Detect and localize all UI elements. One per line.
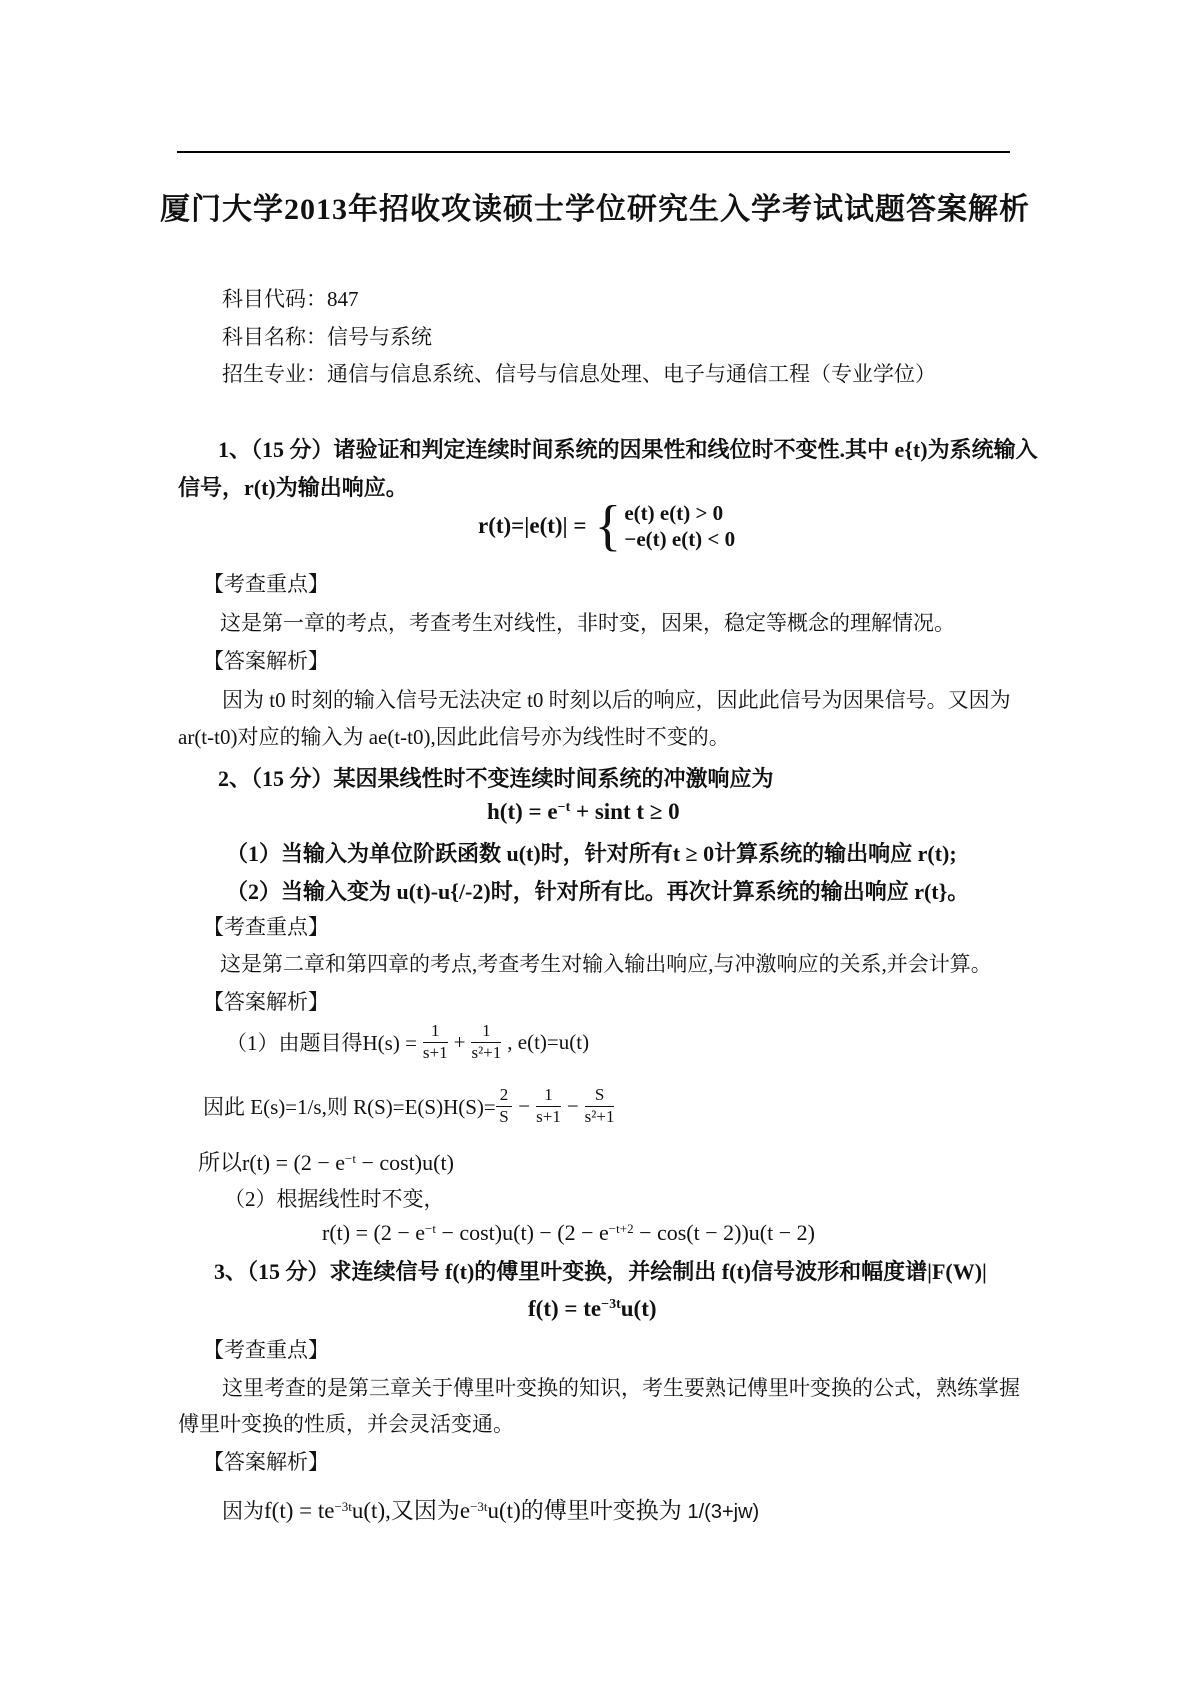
q3-answer-header: 【答案解析】 bbox=[203, 1446, 329, 1476]
minus-operator: − bbox=[518, 1094, 530, 1119]
fraction: 2S bbox=[496, 1086, 513, 1126]
q1-focus-text: 这是第一章的考点，考查考生对线性，非时变，因果，稳定等概念的理解情况。 bbox=[220, 607, 955, 637]
q2-answer-line4: （2）根据线性时不变， bbox=[224, 1183, 445, 1213]
plus-operator: + bbox=[454, 1030, 466, 1055]
q2-item1: （1）当输入为单位阶跃函数 u(t)时，针对所有t ≥ 0计算系统的输出响应 r… bbox=[226, 837, 957, 868]
q2-formula-rest: + sint t ≥ 0 bbox=[570, 799, 679, 824]
q3-answer-line: 因为f(t) = te−3tu(t),又因为e−3tu(t)的傅里叶变换为 1/… bbox=[222, 1492, 759, 1525]
document-page: 厦门大学2013年招收攻读硕士学位研究生入学考试试题答案解析 科目代码：847 … bbox=[0, 0, 1190, 1683]
fourier-result: 1/(3+jw) bbox=[687, 1501, 759, 1523]
q1-answer-header: 【答案解析】 bbox=[203, 645, 329, 675]
minus-operator: − bbox=[567, 1094, 579, 1119]
title-rule bbox=[177, 151, 1010, 153]
fraction: Ss²+1 bbox=[585, 1086, 615, 1126]
exponent: −3t bbox=[334, 1499, 351, 1514]
fraction: 1s+1 bbox=[423, 1022, 448, 1062]
fraction: 1s²+1 bbox=[471, 1022, 501, 1062]
majors: 招生专业：通信与信息系统、信号与信息处理、电子与通信工程（专业学位） bbox=[222, 358, 936, 388]
q1-answer-line1: 因为 t0 时刻的输入信号无法决定 t0 时刻以后的响应，因此此信号为因果信号。… bbox=[222, 684, 1011, 714]
q2-impulse-formula: h(t) = e−t + sint t ≥ 0 bbox=[487, 799, 680, 825]
q3-formula-base: f(t) = te bbox=[528, 1296, 601, 1321]
q2-ans2-prefix: 因此 E(s)=1/s,则 R(S)=E(S)H(S)= bbox=[203, 1091, 496, 1121]
q1-formula-case1: e(t) e(t) > 0 bbox=[624, 500, 735, 526]
exponent: −3t bbox=[470, 1499, 487, 1514]
math-expression: f(t) = te−3tu(t),又因为e−3tu(t)的傅里叶变换为 bbox=[264, 1498, 687, 1523]
q2-answer-line1: （1）由题目得H(s) = 1s+1 + 1s²+1 , e(t)=u(t) bbox=[226, 1022, 589, 1062]
q2-ans1-suffix: , e(t)=u(t) bbox=[507, 1030, 589, 1055]
q3-signal-formula: f(t) = te−3tu(t) bbox=[528, 1296, 657, 1322]
page-title: 厦门大学2013年招收攻读硕士学位研究生入学考试试题答案解析 bbox=[0, 184, 1190, 228]
q2-focus-text: 这是第二章和第四章的考点,考查考生对输入输出响应,与冲激响应的关系,并会计算。 bbox=[220, 948, 992, 978]
q3-heading: 3、（15 分）求连续信号 f(t)的傅里叶变换，并绘制出 f(t)信号波形和幅… bbox=[214, 1255, 987, 1286]
exponent: −t bbox=[345, 1151, 356, 1166]
exponent: −t+2 bbox=[609, 1221, 634, 1236]
q1-formula-case2: −e(t) e(t) < 0 bbox=[624, 526, 735, 552]
q2-answer-line3: 所以r(t) = (2 − e−t − cost)u(t) bbox=[198, 1146, 454, 1177]
q2-answer-header: 【答案解析】 bbox=[203, 986, 329, 1016]
q1-formula-lhs: r(t)=|e(t)| = bbox=[478, 513, 586, 539]
subject-name: 科目名称：信号与系统 bbox=[222, 321, 432, 351]
q3-formula-rest: u(t) bbox=[621, 1296, 657, 1321]
q2-focus-header: 【考查重点】 bbox=[203, 911, 329, 941]
q2-formula-base: h(t) = e bbox=[487, 799, 558, 824]
q2-answer-line2: 因此 E(s)=1/s,则 R(S)=E(S)H(S)= 2S − 1s+1 −… bbox=[203, 1086, 620, 1126]
q1-cases-formula: r(t)=|e(t)| = { e(t) e(t) > 0 −e(t) e(t)… bbox=[478, 498, 735, 554]
q2-answer-line5: r(t) = (2 − e−t − cost)u(t) − (2 − e−t+2… bbox=[322, 1220, 815, 1246]
q1-heading-line2: 信号，r(t)为输出响应。 bbox=[178, 471, 408, 502]
q3-formula-exponent: −3t bbox=[601, 1297, 621, 1312]
q1-formula-cases: e(t) e(t) > 0 −e(t) e(t) < 0 bbox=[624, 500, 735, 552]
q3-focus-line2: 傅里叶变换的性质，并会灵活变通。 bbox=[178, 1408, 514, 1438]
q1-heading-line1: 1、（15 分）诸验证和判定连续时间系统的因果性和线位时不变性.其中 e{t)为… bbox=[218, 433, 1038, 464]
q1-answer-line2: ar(t-t0)对应的输入为 ae(t-t0),因此此信号亦为线性时不变的。 bbox=[178, 721, 730, 751]
subject-code: 科目代码：847 bbox=[222, 283, 359, 313]
q3-focus-header: 【考查重点】 bbox=[203, 1334, 329, 1364]
q2-formula-exponent: −t bbox=[558, 800, 571, 815]
fraction: 1s+1 bbox=[536, 1086, 561, 1126]
q2-item2: （2）当输入变为 u(t)-u{/-2)时，针对所有比。再次计算系统的输出响应 … bbox=[226, 875, 969, 906]
q2-ans1-prefix: （1）由题目得H(s) = bbox=[226, 1027, 417, 1057]
exponent: −t bbox=[425, 1221, 436, 1236]
q1-formula-brace: { bbox=[594, 498, 621, 554]
q1-focus-header: 【考查重点】 bbox=[203, 568, 329, 598]
q2-heading: 2、（15 分）某因果线性时不变连续时间系统的冲激响应为 bbox=[218, 762, 774, 793]
q3-focus-line1: 这里考查的是第三章关于傅里叶变换的知识，考生要熟记傅里叶变换的公式，熟练掌握 bbox=[222, 1372, 1020, 1402]
